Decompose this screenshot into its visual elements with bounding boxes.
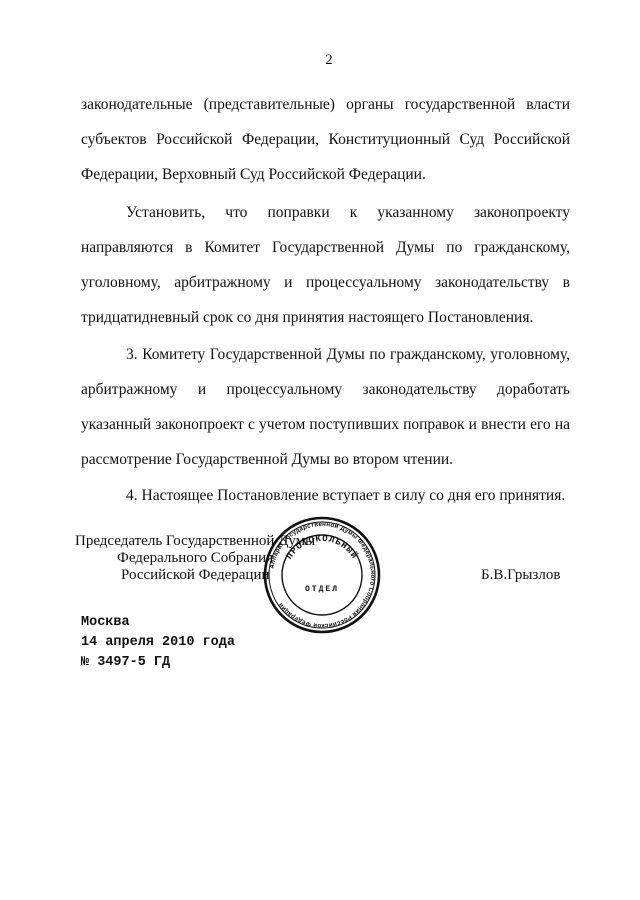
footer-date: 14 апреля 2010 года <box>81 632 235 653</box>
footer-number: № 3497-5 ГД <box>81 652 170 673</box>
paragraph-2-line-4: тридцатидневный срок со дня принятия нас… <box>81 308 570 328</box>
paragraph-2-line-3: уголовному, арбитражному и процессуально… <box>81 273 570 293</box>
paragraph-4-line-1: 4. Настоящее Постановление вступает в си… <box>81 486 570 506</box>
signature-title-line-3: Российской Федерации <box>121 567 270 584</box>
svg-text:ПРОТОКОЛЬНЫЙ: ПРОТОКОЛЬНЫЙ <box>284 534 360 561</box>
signatory-name: Б.В.Грызлов <box>481 567 560 584</box>
stamp-center-text: ОТДЕЛ <box>305 585 339 594</box>
paragraph-3-line-1: 3. Комитету Государственной Думы по граж… <box>81 345 570 365</box>
paragraph-3-line-4: рассмотрение Государственной Думы во вто… <box>81 450 570 470</box>
signature-title-line-2: Федерального Собрания <box>117 550 273 567</box>
paragraph-1-line-2: субъектов Российской Федерации, Конститу… <box>81 130 570 150</box>
official-stamp: Аппарат Государственной Думы Федеральног… <box>262 515 382 635</box>
stamp-outer-text: Аппарат Государственной Думы Федеральног… <box>268 521 376 630</box>
footer-city: Москва <box>81 612 130 633</box>
paragraph-1-line-1: законодательные (представительные) орган… <box>81 95 570 115</box>
paragraph-1-line-3: Федерации, Верховный Суд Российской Феде… <box>81 165 570 185</box>
paragraph-3-line-3: указанный законопроект с учетом поступив… <box>81 415 570 435</box>
stamp-seal-icon: Аппарат Государственной Думы Федеральног… <box>262 515 382 635</box>
paragraph-3-line-2: арбитражному и процессуальному законодат… <box>81 380 570 400</box>
page-number: 2 <box>0 52 640 69</box>
paragraph-2-line-2: направляются в Комитет Государственной Д… <box>81 238 570 258</box>
stamp-inner-text: ПРОТОКОЛЬНЫЙ <box>284 534 360 561</box>
svg-text:Аппарат Государственной Думы Ф: Аппарат Государственной Думы Федеральног… <box>268 521 376 630</box>
paragraph-2-line-1: Установить, что поправки к указанному за… <box>81 203 570 223</box>
